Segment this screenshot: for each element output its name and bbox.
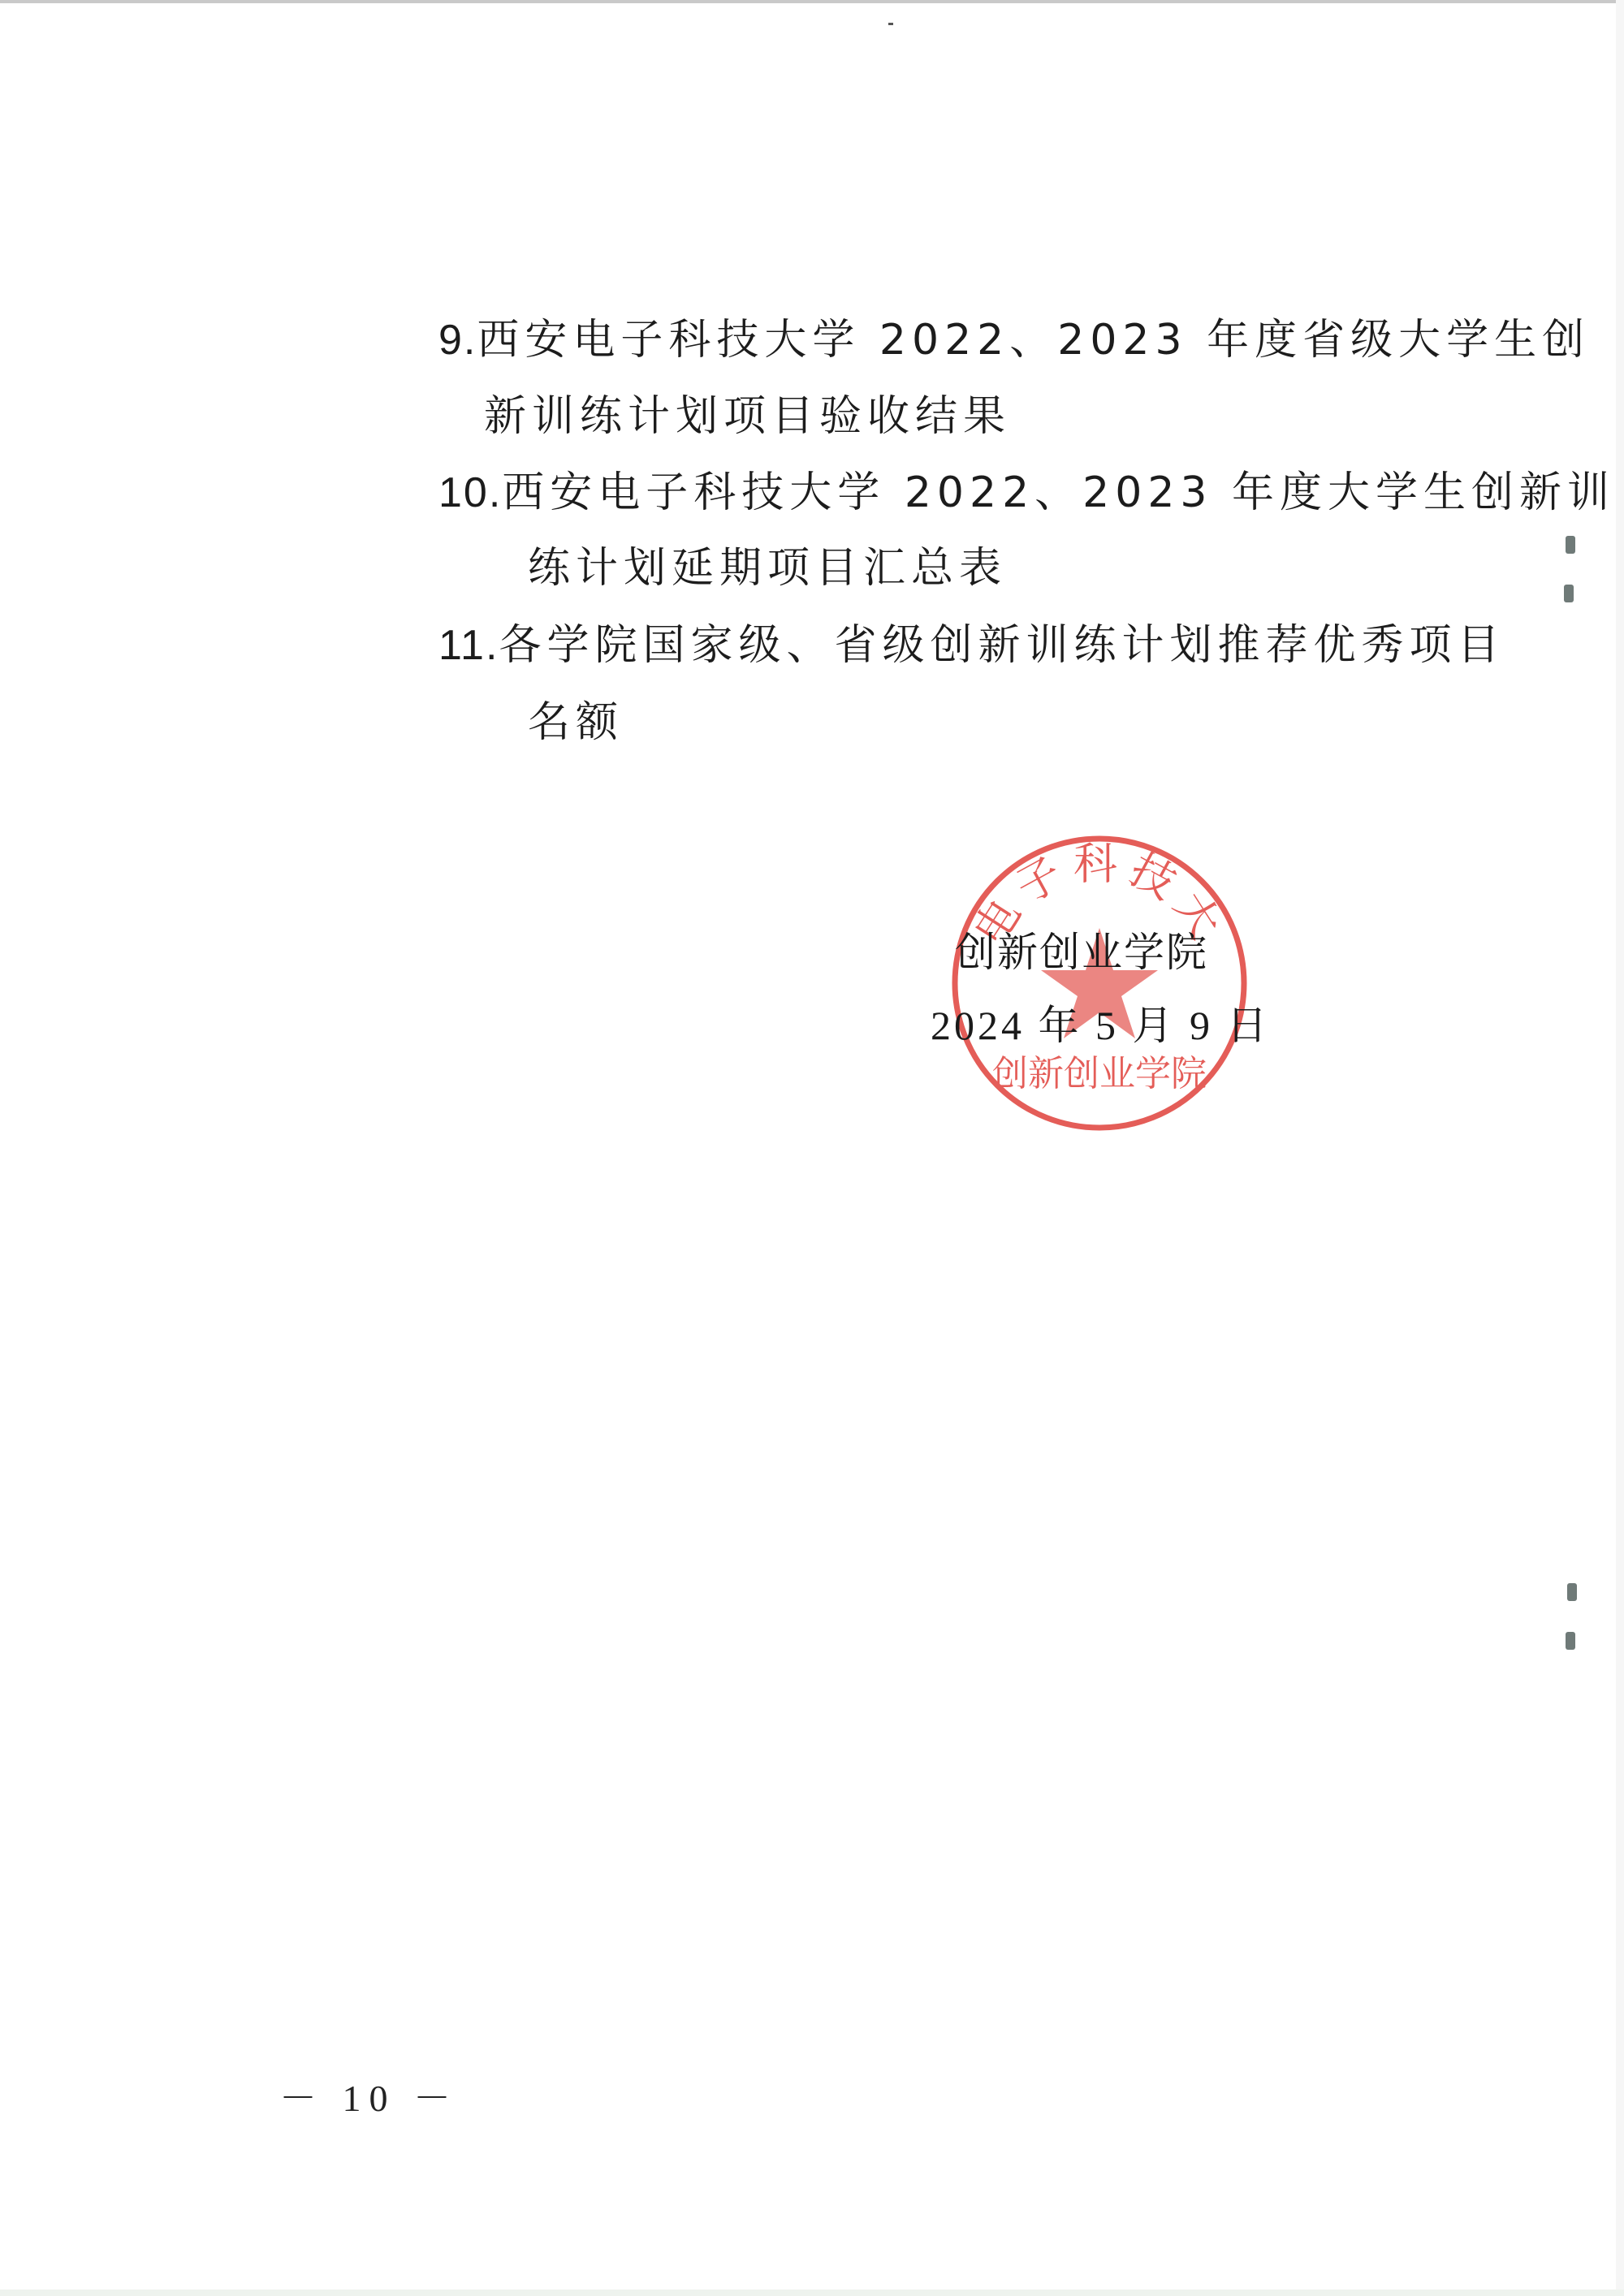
- attachment-10-number: 10.: [438, 469, 502, 516]
- scan-edge-right: [1616, 0, 1624, 2296]
- binding-hole-mark: [1566, 536, 1575, 554]
- issuing-department: 创新创业学院: [955, 932, 1208, 973]
- attachment-10-title-line-2: 练计划延期项目汇总表: [528, 547, 1007, 589]
- attachment-9-line-1: 9.西安电子科技大学 2022、2023 年度省级大学生创: [438, 319, 1590, 361]
- scan-edge-bottom: [0, 2290, 1624, 2296]
- attachment-10-line-1: 10.西安电子科技大学 2022、2023 年度大学生创新训: [438, 472, 1615, 514]
- attachment-11-number: 11.: [438, 622, 499, 669]
- page-number: － 10 －: [279, 2069, 459, 2122]
- attachment-9-title-line-2: 新训练计划项目验收结果: [484, 395, 1011, 438]
- binding-hole-mark: [1566, 1632, 1575, 1650]
- attachment-11-title-line-2: 名额: [528, 701, 624, 744]
- attachment-9-title-line-1: 西安电子科技大学 2022、2023 年度省级大学生创: [477, 316, 1590, 365]
- binding-hole-mark: [1567, 1583, 1577, 1601]
- scan-artifact: [888, 23, 893, 25]
- attachment-11-line-1: 11.各学院国家级、省级创新训练计划推荐优秀项目: [438, 624, 1505, 667]
- attachment-11-title-line-1: 各学院国家级、省级创新训练计划推荐优秀项目: [499, 621, 1505, 670]
- official-seal-icon: 电子科技大 创新创业学院: [948, 832, 1250, 1134]
- scan-edge-top: [0, 0, 1624, 3]
- attachment-10-title-line-1: 西安电子科技大学 2022、2023 年度大学生创新训: [502, 468, 1615, 517]
- binding-hole-mark: [1564, 585, 1574, 602]
- attachment-9-number: 9.: [438, 317, 477, 364]
- seal-bottom-text: 创新创业学院: [992, 1053, 1207, 1094]
- issue-date: 2024 年 5 月 9 日: [931, 1005, 1271, 1046]
